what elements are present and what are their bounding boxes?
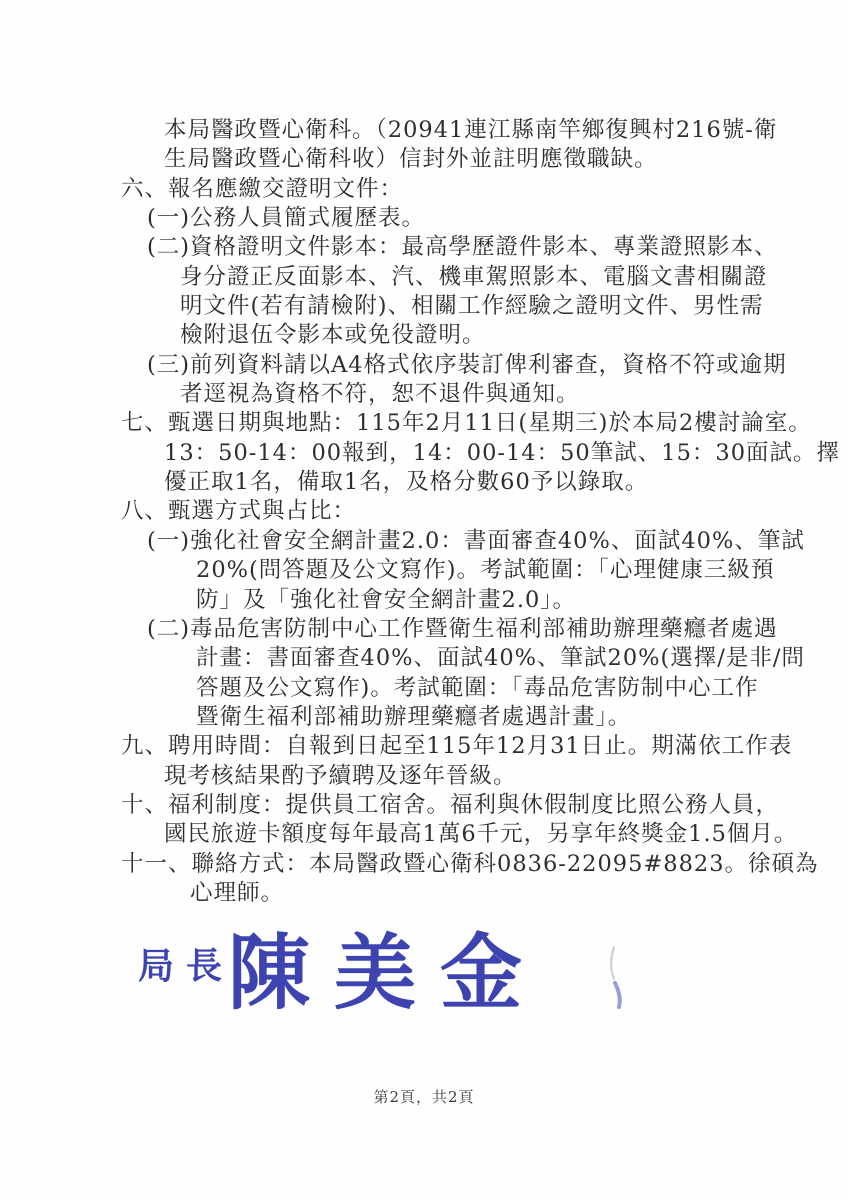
document-line: 優正取1名，備取1名，及格分數60予以錄取。 [0, 468, 848, 497]
document-line: 現考核結果酌予續聘及逐年晉級。 [0, 762, 848, 791]
document-line: 國民旅遊卡額度每年最高1萬6千元，另享年終獎金1.5個月。 [0, 820, 848, 849]
document-line: 心理師。 [0, 879, 848, 908]
ink-smudge-mark [600, 945, 630, 1015]
document-line: (一)強化社會安全網計畫2.0：書面審查40%、面試40%、筆試 [0, 527, 848, 556]
document-line: 暨衛生福利部補助辦理藥癮者處遇計畫」。 [0, 703, 848, 732]
document-line: (二)資格證明文件影本：最高學歷證件影本、專業證照影本、 [0, 233, 848, 262]
scanned-document-page: 本局醫政暨心衛科。（20941連江縣南竿鄉復興村216號-衛生局醫政暨心衛科收）… [0, 0, 848, 1200]
document-line: 九、聘用時間：自報到日起至115年12月31日止。期滿依工作表 [0, 732, 848, 761]
document-line: 13：50-14：00報到，14：00-14：50筆試、15：30面試。擇 [0, 439, 848, 468]
document-line: 十一、聯絡方式：本局醫政暨心衛科0836-22095#8823。徐碩為 [0, 850, 848, 879]
document-line: 防」及「強化社會安全網計畫2.0」。 [0, 586, 848, 615]
document-line: 八、甄選方式與占比： [0, 497, 848, 526]
document-line: 答題及公文寫作)。考試範圍：「毒品危害防制中心工作 [0, 674, 848, 703]
document-line: 明文件(若有請檢附)、相關工作經驗之證明文件、男性需 [0, 292, 848, 321]
document-line: 十、福利制度：提供員工宿舍。福利與休假制度比照公務人員， [0, 791, 848, 820]
document-line: 六、報名應繳交證明文件： [0, 175, 848, 204]
document-line: 生局醫政暨心衛科收）信封外並註明應徵職缺。 [0, 145, 848, 174]
signature-name-stamp: 陳美金 [228, 908, 546, 1025]
document-line: 檢附退伍令影本或免役證明。 [0, 321, 848, 350]
document-line: 本局醫政暨心衛科。（20941連江縣南竿鄉復興村216號-衛 [0, 116, 848, 145]
document-line: 身分證正反面影本、汽、機車駕照影本、電腦文書相關證 [0, 263, 848, 292]
document-line: 20%(問答題及公文寫作)。考試範圍：「心理健康三級預 [0, 556, 848, 585]
document-line: (一)公務人員簡式履歷表。 [0, 204, 848, 233]
document-line: (二)毒品危害防制中心工作暨衛生福利部補助辦理藥癮者處遇 [0, 615, 848, 644]
document-line: 者逕視為資格不符，恕不退件與通知。 [0, 380, 848, 409]
document-line: 七、甄選日期與地點：115年2月11日(星期三)於本局2樓討論室。 [0, 409, 848, 438]
document-line: 計畫：書面審查40%、面試40%、筆試20%(選擇/是非/問 [0, 644, 848, 673]
document-body: 本局醫政暨心衛科。（20941連江縣南竿鄉復興村216號-衛生局醫政暨心衛科收）… [0, 116, 848, 908]
page-number-footer: 第2頁，共2頁 [0, 1086, 848, 1107]
signature-title-stamp: 局長 [138, 938, 234, 989]
document-line: (三)前列資料請以A4格式依序裝訂俾利審查，資格不符或逾期 [0, 351, 848, 380]
